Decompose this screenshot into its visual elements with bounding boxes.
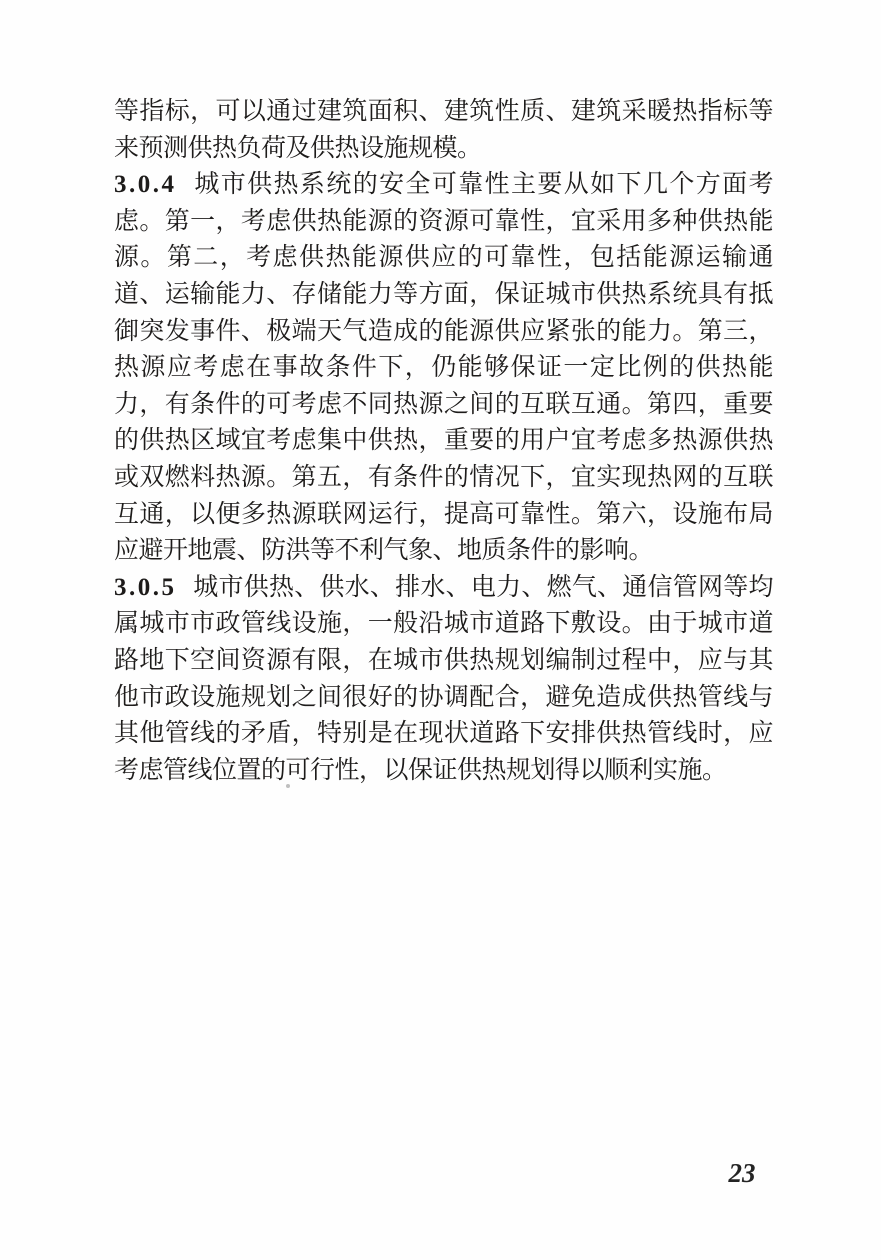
paragraph-continuation: 等指标，可以通过建筑面积、建筑性质、建筑采暖热指标等来预测供热负荷及供热设施规模… [114, 94, 773, 167]
page-number: 23 [722, 1158, 762, 1189]
body-text: 等指标，可以通过建筑面积、建筑性质、建筑采暖热指标等来预测供热负荷及供热设施规模… [114, 94, 773, 789]
clause-number-3-0-5: 3.0.5 [114, 574, 177, 601]
paragraph-3-0-4: 3.0.4城市供热系统的安全可靠性主要从如下几个方面考虑。第一，考虑供热能源的资… [114, 167, 773, 570]
paragraph-3-0-5: 3.0.5城市供热、供水、排水、电力、燃气、通信管网等均属城市市政管线设施，一般… [114, 570, 773, 790]
document-page: 等指标，可以通过建筑面积、建筑性质、建筑采暖热指标等来预测供热负荷及供热设施规模… [0, 0, 881, 1260]
paragraph-text: 城市供热系统的安全可靠性主要从如下几个方面考虑。第一，考虑供热能源的资源可靠性，… [114, 171, 773, 564]
scan-speckle [286, 784, 290, 788]
clause-number-3-0-4: 3.0.4 [114, 171, 177, 198]
paragraph-text: 城市供热、供水、排水、电力、燃气、通信管网等均属城市市政管线设施，一般沿城市道路… [114, 574, 773, 784]
paragraph-text: 等指标，可以通过建筑面积、建筑性质、建筑采暖热指标等来预测供热负荷及供热设施规模… [114, 98, 773, 162]
